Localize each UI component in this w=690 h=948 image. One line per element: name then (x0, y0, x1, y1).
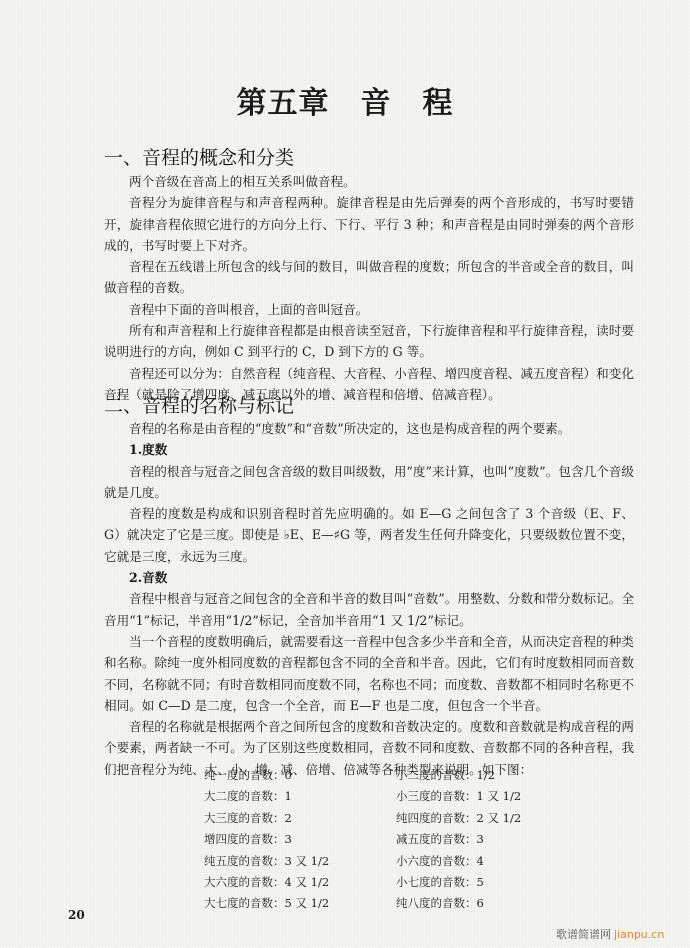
interval-entry: 小六度的音数：4 (396, 851, 536, 872)
watermark-site-name: 歌谱简谱网 (556, 928, 611, 941)
paragraph: 音程的度数是构成和识别音程时首先应明确的。如 E—G 之间包含了 3 个音级（E… (104, 503, 634, 567)
section-heading-1: 一、音程的概念和分类 (104, 143, 294, 170)
paragraph: 当一个音程的度数明确后，就需要看这一音程中包含多少半音和全音，从而决定音程的种类… (104, 631, 634, 716)
chapter-title: 第五章 音 程 (0, 78, 690, 122)
paragraph: 音程在五线谱上所包含的线与间的数目，叫做音程的度数；所包含的半音或全音的数目，叫… (104, 256, 634, 299)
interval-entry: 大三度的音数：2 (204, 808, 396, 829)
interval-entry: 纯四度的音数：2 又 1/2 (396, 808, 536, 829)
interval-entry: 小二度的音数：1/2 (396, 765, 536, 786)
interval-entry: 大七度的音数：5 又 1/2 (204, 893, 396, 914)
paragraph: 音程分为旋律音程与和声音程两种。旋律音程是由先后弹奏的两个音形成的，书写时要错开… (104, 192, 634, 256)
interval-entry: 小七度的音数：5 (396, 872, 536, 893)
subsection-title-degree: 1.度数 (104, 439, 634, 460)
interval-entry: 减五度的音数：3 (396, 829, 536, 850)
watermark-domain: jianpu.cn (614, 928, 664, 941)
document-page: 第五章 音 程 一、音程的概念和分类 两个音级在音高上的相互关系叫做音程。 音程… (0, 0, 690, 948)
paragraph: 所有和声音程和上行旋律音程都是由根音读至冠音，下行旋律音程和平行旋律音程，读时要… (104, 320, 634, 363)
paragraph: 两个音级在音高上的相互关系叫做音程。 (104, 171, 634, 192)
interval-entry: 大六度的音数：4 又 1/2 (204, 872, 396, 893)
paragraph: 音程中根音与冠音之间包含的全音和半音的数目叫“音数”。用整数、分数和带分数标记。… (104, 588, 634, 631)
section-heading-2: 二、音程的名称与标记 (104, 391, 294, 418)
interval-entry: 大二度的音数：1 (204, 786, 396, 807)
section-1-body: 两个音级在音高上的相互关系叫做音程。 音程分为旋律音程与和声音程两种。旋律音程是… (104, 171, 634, 405)
interval-entry: 纯一度的音数：0 (204, 765, 396, 786)
page-number: 20 (68, 908, 85, 922)
interval-table: 纯一度的音数：0 小二度的音数：1/2 大二度的音数：1 小三度的音数：1 又 … (204, 765, 524, 915)
interval-entry: 小三度的音数：1 又 1/2 (396, 786, 536, 807)
interval-entry: 纯八度的音数：6 (396, 893, 536, 914)
interval-entry: 纯五度的音数：3 又 1/2 (204, 851, 396, 872)
watermark: 歌谱简谱网jianpu.cn (556, 926, 664, 942)
paragraph: 音程的名称是由音程的“度数”和“音数”所决定的，这也是构成音程的两个要素。 (104, 418, 634, 439)
section-2-body: 音程的名称是由音程的“度数”和“音数”所决定的，这也是构成音程的两个要素。 1.… (104, 418, 634, 780)
paragraph: 音程的根音与冠音之间包含音级的数目叫级数，用“度”来计算，也叫“度数”。包含几个… (104, 461, 634, 504)
interval-entry: 增四度的音数：3 (204, 829, 396, 850)
paragraph: 音程中下面的音叫根音，上面的音叫冠音。 (104, 299, 634, 320)
subsection-title-tone-count: 2.音数 (104, 567, 634, 588)
